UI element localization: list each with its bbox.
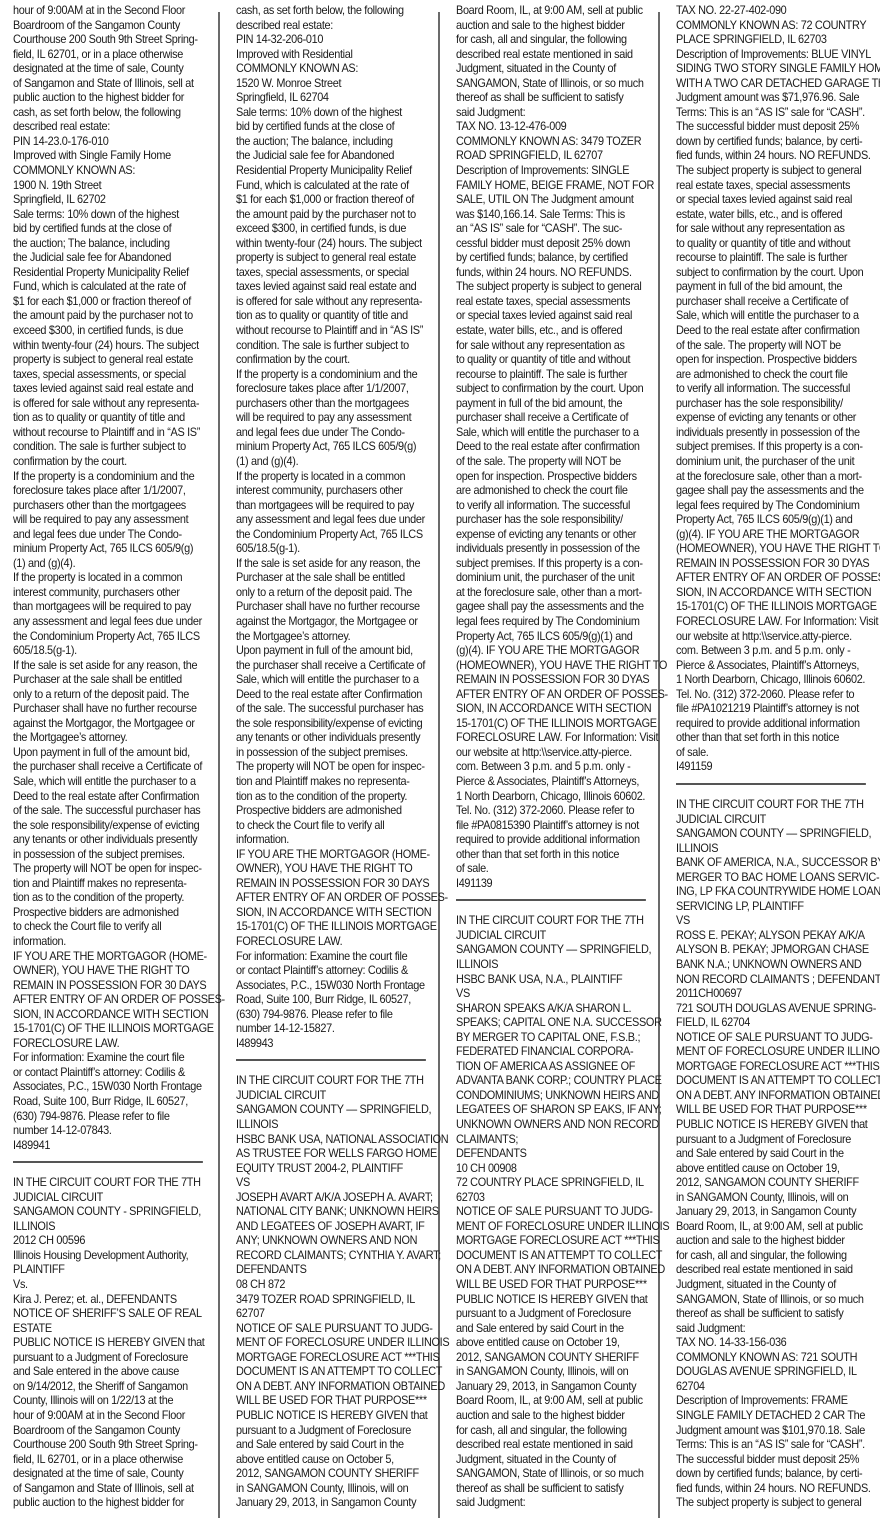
notice-text-line: ANY; UNKNOWN OWNERS AND NON xyxy=(236,1234,442,1249)
notice-text-line: ILLINOIS xyxy=(13,1220,219,1235)
notice-text-line: pursuant to a Judgment of Foreclosure xyxy=(456,1307,662,1322)
notice-text-line: SERVICING LP, PLAINTIFF xyxy=(676,900,880,915)
notice-text-line: DOCUMENT IS AN ATTEMPT TO COLLECT xyxy=(456,1249,662,1264)
notice-text-line: property is subject to general real esta… xyxy=(13,353,219,368)
notice-text-line: within twenty-four (24) hours. The subje… xyxy=(13,339,219,354)
notice-text-line: IN THE CIRCUIT COURT FOR THE 7TH xyxy=(676,798,880,813)
notice-text-line: 2011CH00697 xyxy=(676,987,880,1002)
notice-text-line: pursuant to a Judgment of Foreclosure xyxy=(676,1133,880,1148)
notice-text-line: file #PA1021219 Plaintiff’s attorney is … xyxy=(676,702,880,717)
notice-text-line: NOTICE OF SHERIFF’S SALE OF REAL xyxy=(13,1307,219,1322)
notice-text-line: Property Act, 765 ILCS 605/9(g)(1) and xyxy=(676,513,880,528)
notice-text-line: down by certified funds; balance, by cer… xyxy=(676,1467,880,1482)
notice-text-line: FEDERATED FINANCIAL CORPORA- xyxy=(456,1045,662,1060)
notice-text-line: (630) 794-9876. Please refer to file xyxy=(236,1008,442,1023)
notice-text-line: Improved with Residential xyxy=(236,48,442,63)
notice-text-line: said Judgment: xyxy=(456,106,662,121)
notice-text-line: Kira J. Perez; et. al., DEFENDANTS xyxy=(13,1293,219,1308)
notice-text-line: FORECLOSURE LAW. xyxy=(13,1037,219,1052)
notice-text-line: SANGAMON, State of Illinois, or so much xyxy=(456,1467,662,1482)
notice-text-line: FORECLOSURE LAW. For Information: Visit xyxy=(456,731,662,746)
notice-text-line: PIN 14-32-206-010 xyxy=(236,33,442,48)
notice-text-line: MORTGAGE FORECLOSURE ACT ***THIS xyxy=(676,1060,880,1075)
notice-text-line: 62707 xyxy=(236,1307,442,1322)
notice-text-line: CONDOMINIUMS; UNKNOWN HEIRS AND xyxy=(456,1089,662,1104)
notice-text-line: pursuant to a Judgment of Foreclosure xyxy=(236,1424,442,1439)
notice-text-line: Boardroom of the Sangamon County xyxy=(13,1424,219,1439)
notice-text-line: For information: Examine the court file xyxy=(236,950,442,965)
notice-text-line: in SANGAMON County, Illinois, will on xyxy=(456,1365,662,1380)
notice-text-line: MENT OF FORECLOSURE UNDER ILLINOIS xyxy=(676,1045,880,1060)
notice-text-line: Purchaser shall have no further recourse xyxy=(236,600,442,615)
notice-text-line: Upon payment in full of the amount bid, xyxy=(13,746,219,761)
notice-text-line: described real estate mentioned in said xyxy=(676,1263,880,1278)
notice-text-line: Fund, which is calculated at the rate of xyxy=(236,179,442,194)
column-2: cash, as set forth below, the followingd… xyxy=(236,4,442,1511)
notice-text-line: any tenants or other individuals present… xyxy=(13,833,219,848)
notice-text-line: Purchaser at the sale shall be entitled xyxy=(13,673,219,688)
notice-text-line: 1520 W. Monroe Street xyxy=(236,77,442,92)
notice-text-line: SION, IN ACCORDANCE WITH SECTION xyxy=(13,1008,219,1023)
notice-text-line: HSBC BANK USA, NATIONAL ASSOCIATION xyxy=(236,1133,442,1148)
notice-text-line: SANGAMON COUNTY — SPRINGFIELD, xyxy=(236,1103,442,1118)
notice-text-line: For information: Examine the court file xyxy=(13,1051,219,1066)
notice-text-line: OWNER), YOU HAVE THE RIGHT TO xyxy=(13,964,219,979)
notice-text-line: to quality or quantity of title and with… xyxy=(456,353,662,368)
notice-text-line: Description of Improvements: BLUE VINYL xyxy=(676,48,880,63)
notice-text-line: thereof as shall be sufficient to satisf… xyxy=(456,91,662,106)
notice-text-line: field, IL 62701, or in a place otherwise xyxy=(13,1453,219,1468)
notice-text-line: the Condominium Property Act, 765 ILCS xyxy=(236,528,442,543)
notice-text-line: of sale. xyxy=(456,862,662,877)
notice-separator xyxy=(13,1161,203,1163)
notice-text-line: Judgment, situated in the County of xyxy=(456,1453,662,1468)
notice-text-line: JUDICIAL CIRCUIT xyxy=(236,1089,442,1104)
notice-text-line: taxes, special assessments, or special xyxy=(13,368,219,383)
notice-text-line: of the sale. The successful purchaser ha… xyxy=(236,702,442,717)
notice-text-line: SION, IN ACCORDANCE WITH SECTION xyxy=(236,906,442,921)
notice-text-line: Deed to the real estate after Confirmati… xyxy=(13,790,219,805)
notice-text-line: January 29, 2013, in Sangamon County xyxy=(236,1496,442,1511)
notice-text-line: the purchaser shall receive a Certificat… xyxy=(13,760,219,775)
notice-text-line: open for inspection. Prospective bidders xyxy=(456,470,662,485)
notice-text-line: taxes levied against said real estate an… xyxy=(236,280,442,295)
notice-text-line: any assessment and legal fees due under xyxy=(13,615,219,630)
notice-text-line: (1) and (g)(4). xyxy=(13,557,219,572)
notice-text-line: 2012, SANGAMON COUNTY SHERIFF xyxy=(236,1467,442,1482)
notice-text-line: minium Property Act, 765 ILCS 605/9(g) xyxy=(236,440,442,455)
notice-text-line: COMMONLY KNOWN AS: xyxy=(236,62,442,77)
notice-text-line: MENT OF FORECLOSURE UNDER ILLINOIS xyxy=(456,1220,662,1235)
notice-text-line: SINGLE FAMILY DETACHED 2 CAR The xyxy=(676,1409,880,1424)
notice-text-line: Deed to the real estate after Confirmati… xyxy=(236,688,442,703)
notice-text-line: file #PA0815390 Plaintiff’s attorney is … xyxy=(456,819,662,834)
notice-text-line: (HOMEOWNER), YOU HAVE THE RIGHT TO xyxy=(676,542,880,557)
notice-text-line: without recourse to Plaintiff and in “AS… xyxy=(13,426,219,441)
notice-text-line: open for inspection. Prospective bidders xyxy=(676,353,880,368)
notice-text-line: Pierce & Associates, Plaintiff’s Attorne… xyxy=(456,775,662,790)
notice-text-line: bid by certified funds at the close of xyxy=(236,120,442,135)
notice-text-line: Deed to the real estate after confirmati… xyxy=(676,324,880,339)
notice-text-line: PLACE SPRINGFIELD, IL 62703 xyxy=(676,33,880,48)
legal-notice: TAX NO. 22-27-402-090COMMONLY KNOWN AS: … xyxy=(676,4,880,775)
notice-text-line: fied funds, within 24 hours. NO REFUNDS. xyxy=(676,1482,880,1497)
notice-text-line: If the property is a condominium and the xyxy=(236,368,442,383)
notice-text-line: SANGAMON, State of Illinois, or so much xyxy=(676,1293,880,1308)
notice-text-line: If the sale is set aside for any reason,… xyxy=(236,557,442,572)
notice-text-line: SALE, UTIL ON The Judgment amount xyxy=(456,193,662,208)
notice-text-line: SION, IN ACCORDANCE WITH SECTION xyxy=(456,702,662,717)
notice-text-line: to quality or quantity of title and with… xyxy=(676,237,880,252)
notice-text-line: the Judicial sale fee for Abandoned xyxy=(13,251,219,266)
notice-text-line: is offered for sale without any represen… xyxy=(13,397,219,412)
notice-text-line: TAX NO. 22-27-402-090 xyxy=(676,4,880,19)
notice-text-line: of Sangamon and State of Illinois, sell … xyxy=(13,1482,219,1497)
notice-text-line: an “AS IS” sale for “CASH”. The suc- xyxy=(456,222,662,237)
notice-text-line: Purchaser shall have no further recourse xyxy=(13,702,219,717)
notice-text-line: The successful bidder must deposit 25% xyxy=(676,120,880,135)
notice-text-line: NATIONAL CITY BANK; UNKNOWN HEIRS xyxy=(236,1205,442,1220)
notice-text-line: Sale, which will entitle the purchaser t… xyxy=(456,426,662,441)
notice-text-line: and legal fees due under The Condo- xyxy=(236,426,442,441)
notice-text-line: Springfield, IL 62704 xyxy=(236,91,442,106)
notice-text-line: and Sale entered by said Court in the xyxy=(456,1322,662,1337)
notice-text-line: expense of evicting any tenants or other xyxy=(456,528,662,543)
notice-text-line: ROAD SPRINGFIELD, IL 62707 xyxy=(456,149,662,164)
notice-text-line: Board Room, IL, at 9:00 AM, sell at publ… xyxy=(456,1394,662,1409)
notice-text-line: 3479 TOZER ROAD SPRINGFIELD, IL xyxy=(236,1293,442,1308)
notice-text-line: will be required to pay any assessment xyxy=(13,513,219,528)
notice-text-line: subject to confirmation by the court. Up… xyxy=(676,266,880,281)
notice-text-line: information. xyxy=(13,935,219,950)
notice-text-line: COMMONLY KNOWN AS: 721 SOUTH xyxy=(676,1351,880,1366)
notice-text-line: required to provide additional informati… xyxy=(456,833,662,848)
notice-text-line: minium Property Act, 765 ILCS 605/9(g) xyxy=(13,542,219,557)
notice-text-line: 15-1701(C) OF THE ILLINOIS MORTGAGE xyxy=(13,1022,219,1037)
notice-text-line: any tenants or other individuals present… xyxy=(236,731,442,746)
notice-text-line: AS TRUSTEE FOR WELLS FARGO HOME xyxy=(236,1147,442,1162)
notice-text-line: Judgment amount was $101,970.18. Sale xyxy=(676,1424,880,1439)
notice-text-line: 2012, SANGAMON COUNTY SHERIFF xyxy=(676,1176,880,1191)
notice-text-line: AFTER ENTRY OF AN ORDER OF POSSES- xyxy=(676,571,880,586)
legal-notice: IN THE CIRCUIT COURT FOR THE 7THJUDICIAL… xyxy=(13,1176,219,1511)
notice-text-line: public auction to the highest bidder for xyxy=(13,91,219,106)
notice-text-line: confirmation by the court. xyxy=(236,353,442,368)
notice-text-line: or contact Plaintiff’s attorney: Codilis… xyxy=(236,964,442,979)
notice-text-line: any assessment and legal fees due under xyxy=(236,513,442,528)
notice-text-line: WILL BE USED FOR THAT PURPOSE*** xyxy=(676,1103,880,1118)
notice-text-line: to verify all information. The successfu… xyxy=(676,382,880,397)
notice-text-line: Board Room, IL, at 9:00 AM, sell at publ… xyxy=(456,4,662,19)
notice-text-line: in possession of the subject premises. xyxy=(236,746,442,761)
notice-text-line: SPEAKS; CAPITAL ONE N.A. SUCCESSOR xyxy=(456,1016,662,1031)
notice-text-line: purchasers other than the mortgagees xyxy=(236,397,442,412)
notice-text-line: designated at the time of sale, County xyxy=(13,62,219,77)
notice-text-line: the Mortgagee’s attorney. xyxy=(13,731,219,746)
notice-text-line: (630) 794-9876. Please refer to file xyxy=(13,1110,219,1125)
notice-text-line: purchaser has the sole responsibility/ xyxy=(676,397,880,412)
notice-text-line: payment in full of the bid amount, the xyxy=(676,280,880,295)
legal-notice: cash, as set forth below, the followingd… xyxy=(236,4,442,1051)
notice-text-line: SANGAMON COUNTY — SPRINGFIELD, xyxy=(676,827,880,842)
notice-text-line: is offered for sale without any represen… xyxy=(236,295,442,310)
notice-text-line: NON RECORD CLAIMANTS ; DEFENDANTS xyxy=(676,973,880,988)
notice-text-line: the amount paid by the purchaser not to xyxy=(13,309,219,324)
notice-text-line: or special taxes levied against said rea… xyxy=(676,193,880,208)
notice-text-line: WILL BE USED FOR THAT PURPOSE*** xyxy=(456,1278,662,1293)
notice-text-line: Description of Improvements: FRAME xyxy=(676,1394,880,1409)
notice-text-line: within twenty-four (24) hours. The subje… xyxy=(236,237,442,252)
notice-text-line: I491159 xyxy=(676,760,880,775)
notice-text-line: SIDING TWO STORY SINGLE FAMILY HOME xyxy=(676,62,880,77)
notice-text-line: of the sale. The successful purchaser ha… xyxy=(13,804,219,819)
notice-text-line: Residential Property Municipality Relief xyxy=(13,266,219,281)
notice-text-line: TION OF AMERICA AS ASSIGNEE OF xyxy=(456,1060,662,1075)
notice-text-line: NOTICE OF SALE PURSUANT TO JUDG- xyxy=(456,1205,662,1220)
notice-text-line: Prospective bidders are admonished xyxy=(236,804,442,819)
notice-text-line: JUDICIAL CIRCUIT xyxy=(456,929,662,944)
column-3: Board Room, IL, at 9:00 AM, sell at publ… xyxy=(456,4,662,1511)
notice-text-line: ROSS E. PEKAY; ALYSON PEKAY A/K/A xyxy=(676,929,880,944)
notice-text-line: auction and sale to the highest bidder xyxy=(676,1234,880,1249)
notice-text-line: County, Illinois will on 1/22/13 at the xyxy=(13,1394,219,1409)
notice-text-line: payment in full of the bid amount, the xyxy=(456,397,662,412)
notice-text-line: Judgment, situated in the County of xyxy=(456,62,662,77)
notice-text-line: 10 CH 00908 xyxy=(456,1162,662,1177)
notice-text-line: Judgment amount was $71,976.96. Sale xyxy=(676,91,880,106)
notice-text-line: If the property is located in a common xyxy=(236,470,442,485)
notice-text-line: was $140,166.14. Sale Terms: This is xyxy=(456,208,662,223)
notice-text-line: described real estate mentioned in said xyxy=(456,48,662,63)
notice-separator xyxy=(236,1059,426,1061)
notice-text-line: BANK OF AMERICA, N.A., SUCCESSOR BY xyxy=(676,856,880,871)
notice-text-line: thereof as shall be sufficient to satisf… xyxy=(456,1482,662,1497)
notice-text-line: 62703 xyxy=(456,1191,662,1206)
notice-text-line: gagee shall pay the assessments and the xyxy=(676,484,880,499)
notice-text-line: will be required to pay any assessment xyxy=(236,411,442,426)
notice-text-line: FAMILY HOME, BEIGE FRAME, NOT FOR xyxy=(456,179,662,194)
notice-text-line: JOSEPH AVART A/K/A JOSEPH A. AVART; xyxy=(236,1191,442,1206)
notice-text-line: Deed to the real estate after confirmati… xyxy=(456,440,662,455)
legal-notice: hour of 9:00AM at in the Second FloorBoa… xyxy=(13,4,219,1153)
notice-text-line: ON A DEBT. ANY INFORMATION OBTAINED xyxy=(236,1380,442,1395)
notice-text-line: and Sale entered in the above cause xyxy=(13,1365,219,1380)
notice-text-line: condition. The sale is further subject t… xyxy=(236,339,442,354)
notice-text-line: VS xyxy=(676,914,880,929)
notice-text-line: UNKNOWN OWNERS AND NON RECORD xyxy=(456,1118,662,1133)
notice-text-line: PUBLIC NOTICE IS HEREBY GIVEN that xyxy=(456,1293,662,1308)
notice-text-line: IF YOU ARE THE MORTGAGOR (HOME- xyxy=(236,848,442,863)
notice-text-line: Property Act, 765 ILCS 605/9(g)(1) and xyxy=(456,630,662,645)
notice-text-line: SANGAMON, State of Illinois, or so much xyxy=(456,77,662,92)
notice-text-line: said Judgment: xyxy=(676,1322,880,1337)
notice-text-line: TAX NO. 13-12-476-009 xyxy=(456,120,662,135)
notice-text-line: legal fees required by The Condominium xyxy=(456,615,662,630)
notice-text-line: for cash, all and singular, the followin… xyxy=(456,1424,662,1439)
notice-text-line: VS xyxy=(236,1176,442,1191)
notice-text-line: DOCUMENT IS AN ATTEMPT TO COLLECT xyxy=(676,1074,880,1089)
notice-text-line: described real estate mentioned in said xyxy=(456,1438,662,1453)
notice-text-line: If the property is located in a common xyxy=(13,571,219,586)
notice-text-line: real estate taxes, special assessments xyxy=(456,295,662,310)
notice-text-line: ILLINOIS xyxy=(456,958,662,973)
notice-text-line: exceed $300, in certified funds, is due xyxy=(236,222,442,237)
notice-text-line: to verify all information. The successfu… xyxy=(456,499,662,514)
notice-text-line: 721 SOUTH DOUGLAS AVENUE SPRING- xyxy=(676,1002,880,1017)
notice-text-line: AND LEGATEES OF JOSEPH AVART, IF xyxy=(236,1220,442,1235)
notice-text-line: said Judgment: xyxy=(456,1496,662,1511)
notice-text-line: AFTER ENTRY OF AN ORDER OF POSSES- xyxy=(13,993,219,1008)
notice-text-line: designated at the time of sale, County xyxy=(13,1467,219,1482)
notice-text-line: VS xyxy=(456,987,662,1002)
legal-notice: Board Room, IL, at 9:00 AM, sell at publ… xyxy=(456,4,662,891)
notice-text-line: dominium unit, the purchaser of the unit xyxy=(676,455,880,470)
notice-text-line: hour of 9:00AM at in the Second Floor xyxy=(13,4,219,19)
notice-text-line: our website at http:\\service.atty-pierc… xyxy=(456,746,662,761)
notice-text-line: against the Mortgagor, the Mortgagee or xyxy=(236,615,442,630)
notice-text-line: IN THE CIRCUIT COURT FOR THE 7TH xyxy=(236,1074,442,1089)
notice-text-line: Terms: This is an “AS IS” sale for “CASH… xyxy=(676,106,880,121)
notice-text-line: subject premises. If this property is a … xyxy=(676,440,880,455)
notice-text-line: ILLINOIS xyxy=(236,1118,442,1133)
notice-text-line: SANGAMON COUNTY - SPRINGFIELD, xyxy=(13,1205,219,1220)
notice-text-line: EQUITY TRUST 2004-2, PLAINTIFF xyxy=(236,1162,442,1177)
notice-text-line: MORTGAGE FORECLOSURE ACT ***THIS xyxy=(456,1234,662,1249)
notice-text-line: Tel. No. (312) 372-2060. Please refer to xyxy=(456,804,662,819)
notice-text-line: 15-1701(C) OF THE ILLINOIS MORTGAGE xyxy=(456,717,662,732)
notice-text-line: individuals presently in possession of t… xyxy=(456,542,662,557)
notice-text-line: Judgment, situated in the County of xyxy=(676,1278,880,1293)
notice-text-line: number 14-12-15827. xyxy=(236,1022,442,1037)
notice-text-line: $1 for each $1,000 or fraction thereof o… xyxy=(236,193,442,208)
notice-text-line: IN THE CIRCUIT COURT FOR THE 7TH xyxy=(13,1176,219,1191)
notice-text-line: COMMONLY KNOWN AS: 3479 TOZER xyxy=(456,135,662,150)
notice-text-line: 1 North Dearborn, Chicago, Illinois 6060… xyxy=(456,790,662,805)
notice-text-line: pursuant to a Judgment of Foreclosure xyxy=(13,1351,219,1366)
notice-text-line: purchaser shall receive a Certificate of xyxy=(676,295,880,310)
notice-text-line: The successful bidder must deposit 25% xyxy=(676,1453,880,1468)
notice-text-line: recourse to plaintiff. The sale is furth… xyxy=(456,368,662,383)
notice-text-line: 2012 CH 00596 xyxy=(13,1234,219,1249)
legal-notice: IN THE CIRCUIT COURT FOR THE 7THJUDICIAL… xyxy=(236,1074,442,1510)
notice-text-line: the sole responsibility/expense of evict… xyxy=(13,819,219,834)
notice-text-line: Upon payment in full of the amount bid, xyxy=(236,644,442,659)
notice-text-line: JUDICIAL CIRCUIT xyxy=(13,1191,219,1206)
notice-text-line: the sole responsibility/expense of evict… xyxy=(236,717,442,732)
notice-text-line: dominium unit, the purchaser of the unit xyxy=(456,571,662,586)
notice-text-line: auction and sale to the highest bidder xyxy=(456,1409,662,1424)
notice-separator xyxy=(676,783,866,785)
notice-text-line: in possession of the subject premises. xyxy=(13,848,219,863)
notice-text-line: property is subject to general real esta… xyxy=(236,251,442,266)
notice-text-line: against the Mortgagor, the Mortgagee or xyxy=(13,717,219,732)
notice-text-line: BANK N.A.; UNKNOWN OWNERS AND xyxy=(676,958,880,973)
notice-text-line: Residential Property Municipality Relief xyxy=(236,164,442,179)
notice-text-line: Sale terms: 10% down of the highest xyxy=(13,208,219,223)
notice-text-line: legal fees required by The Condominium xyxy=(676,499,880,514)
notice-text-line: DEFENDANTS xyxy=(456,1147,662,1162)
notice-text-line: Purchaser at the sale shall be entitled xyxy=(236,571,442,586)
notice-text-line: the amount paid by the purchaser not to xyxy=(236,208,442,223)
notice-text-line: January 29, 2013, in Sangamon County xyxy=(456,1380,662,1395)
legal-notice: IN THE CIRCUIT COURT FOR THE 7THJUDICIAL… xyxy=(456,914,662,1510)
notice-text-line: down by certified funds; balance, by cer… xyxy=(676,135,880,150)
notice-text-line: If the sale is set aside for any reason,… xyxy=(13,659,219,674)
notice-text-line: 1 North Dearborn, Chicago, Illinois 6060… xyxy=(676,673,880,688)
notice-text-line: required to provide additional informati… xyxy=(676,717,880,732)
notice-text-line: The subject property is subject to gener… xyxy=(676,164,880,179)
legal-notices-page: hour of 9:00AM at in the Second FloorBoa… xyxy=(0,0,880,1530)
notice-text-line: ON A DEBT. ANY INFORMATION OBTAINED xyxy=(456,1263,662,1278)
notice-text-line: the Mortgagee’s attorney. xyxy=(236,630,442,645)
notice-text-line: FORECLOSURE LAW. For Information: Visit xyxy=(676,615,880,630)
notice-text-line: MERGER TO BAC HOME LOANS SERVIC- xyxy=(676,871,880,886)
notice-text-line: PUBLIC NOTICE IS HEREBY GIVEN that xyxy=(676,1118,880,1133)
notice-text-line: HSBC BANK USA, N.A., PLAINTIFF xyxy=(456,973,662,988)
notice-text-line: in SANGAMON County, Illinois, will on xyxy=(236,1482,442,1497)
notice-text-line: The property will NOT be open for inspec… xyxy=(13,862,219,877)
notice-text-line: January 29, 2013, in Sangamon County xyxy=(676,1205,880,1220)
notice-text-line: FORECLOSURE LAW. xyxy=(236,935,442,950)
notice-text-line: SANGAMON COUNTY — SPRINGFIELD, xyxy=(456,943,662,958)
notice-text-line: IN THE CIRCUIT COURT FOR THE 7TH xyxy=(456,914,662,929)
notice-text-line: above entitled cause on October 19, xyxy=(676,1162,880,1177)
notice-text-line: exceed $300, in certified funds, is due xyxy=(13,324,219,339)
notice-text-line: above entitled cause on October 5, xyxy=(236,1453,442,1468)
notice-text-line: 2012, SANGAMON COUNTY SHERIFF xyxy=(456,1351,662,1366)
notice-text-line: RECORD CLAIMANTS; CYNTHIA Y. AVART; xyxy=(236,1249,442,1264)
notice-text-line: 605/18.5(g-1). xyxy=(236,542,442,557)
notice-text-line: by certified funds; balance, by certifie… xyxy=(456,251,662,266)
notice-text-line: above entitled cause on October 19, xyxy=(456,1336,662,1351)
notice-text-line: confirmation by the court. xyxy=(13,455,219,470)
notice-text-line: MORTGAGE FORECLOSURE ACT ***THIS xyxy=(236,1351,442,1366)
notice-text-line: condition. The sale is further subject t… xyxy=(13,440,219,455)
notice-text-line: estate, water bills, etc., and is offere… xyxy=(456,324,662,339)
notice-text-line: for sale without any representation as xyxy=(676,222,880,237)
notice-text-line: foreclosure takes place after 1/1/2007, xyxy=(236,382,442,397)
notice-text-line: The subject property is subject to gener… xyxy=(456,280,662,295)
notice-text-line: than mortgagees will be required to pay xyxy=(13,600,219,615)
notice-text-line: IF YOU ARE THE MORTGAGOR (HOME- xyxy=(13,950,219,965)
notice-text-line: tion and Plaintiff makes no representa- xyxy=(236,775,442,790)
notice-text-line: subject premises. If this property is a … xyxy=(456,557,662,572)
notice-text-line: auction and sale to the highest bidder xyxy=(456,19,662,34)
notice-text-line: com. Between 3 p.m. and 5 p.m. only - xyxy=(456,760,662,775)
notice-text-line: PUBLIC NOTICE IS HEREBY GIVEN that xyxy=(13,1336,219,1351)
notice-text-line: individuals presently in possession of t… xyxy=(676,426,880,441)
notice-text-line: and legal fees due under The Condo- xyxy=(13,528,219,543)
notice-text-line: Pierce & Associates, Plaintiff’s Attorne… xyxy=(676,659,880,674)
notice-text-line: tion as to quality or quantity of title … xyxy=(236,309,442,324)
notice-text-line: to check the Court file to verify all xyxy=(236,819,442,834)
notice-text-line: to check the Court file to verify all xyxy=(13,920,219,935)
notice-text-line: Sale, which will entitle the purchaser t… xyxy=(676,309,880,324)
notice-text-line: Description of Improvements: SINGLE xyxy=(456,164,662,179)
notice-text-line: Sale, which will entitle the purchaser t… xyxy=(13,775,219,790)
notice-text-line: public auction to the highest bidder for xyxy=(13,1496,219,1511)
notice-text-line: CLAIMANTS; xyxy=(456,1133,662,1148)
notice-text-line: bid by certified funds at the close of xyxy=(13,222,219,237)
notice-text-line: field, IL 62701, or in a place otherwise xyxy=(13,48,219,63)
notice-text-line: SION, IN ACCORDANCE WITH SECTION xyxy=(676,586,880,601)
notice-text-line: of the sale. The property will NOT be xyxy=(676,339,880,354)
notice-text-line: described real estate: xyxy=(236,19,442,34)
notice-text-line: REMAIN IN POSSESSION FOR 30 DAYS xyxy=(236,877,442,892)
notice-text-line: the Judicial sale fee for Abandoned xyxy=(236,149,442,164)
notice-text-line: PUBLIC NOTICE IS HEREBY GIVEN that xyxy=(236,1409,442,1424)
notice-text-line: are admonished to check the court file xyxy=(676,368,880,383)
